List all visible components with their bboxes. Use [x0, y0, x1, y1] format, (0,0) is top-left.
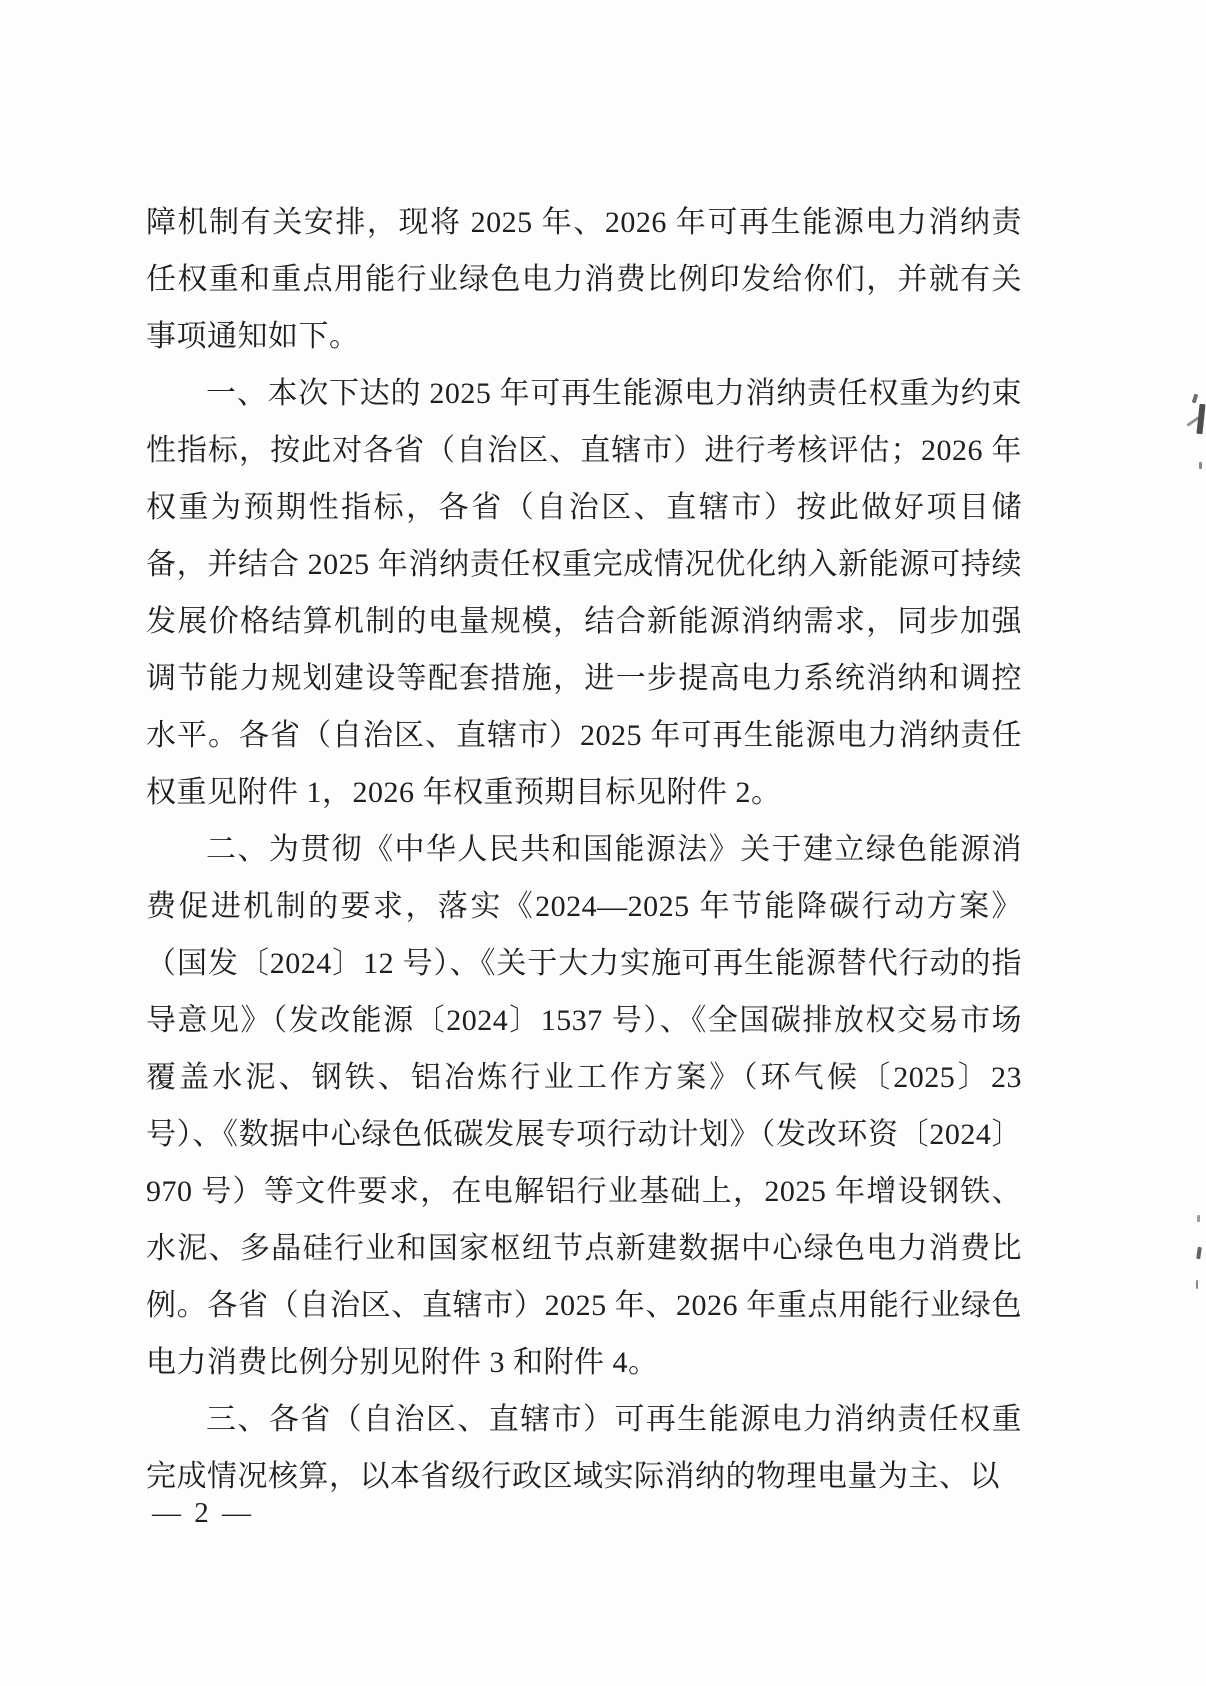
- scan-artifact: [1196, 1280, 1198, 1289]
- scan-artifact: [1199, 462, 1202, 469]
- scan-artifact: [1192, 394, 1199, 404]
- body-paragraph-4: 三、各省（自治区、直辖市）可再生能源电力消纳责任权重完成情况核算，以本省级行政区…: [146, 1391, 1022, 1505]
- page-number: — 2 —: [152, 1497, 254, 1530]
- document-page: 障机制有关安排，现将 2025 年、2026 年可再生能源电力消纳责任权重和重点…: [0, 0, 1206, 1686]
- scan-artifact: [1196, 1247, 1202, 1259]
- body-paragraph-3: 二、为贯彻《中华人民共和国能源法》关于建立绿色能源消费促进机制的要求，落实《20…: [146, 821, 1022, 1391]
- document-body: 障机制有关安排，现将 2025 年、2026 年可再生能源电力消纳责任权重和重点…: [146, 194, 1022, 1505]
- scan-artifact: [1197, 1215, 1200, 1222]
- body-paragraph-2: 一、本次下达的 2025 年可再生能源电力消纳责任权重为约束性指标，按此对各省（…: [146, 365, 1022, 821]
- body-paragraph-1: 障机制有关安排，现将 2025 年、2026 年可再生能源电力消纳责任权重和重点…: [146, 194, 1022, 365]
